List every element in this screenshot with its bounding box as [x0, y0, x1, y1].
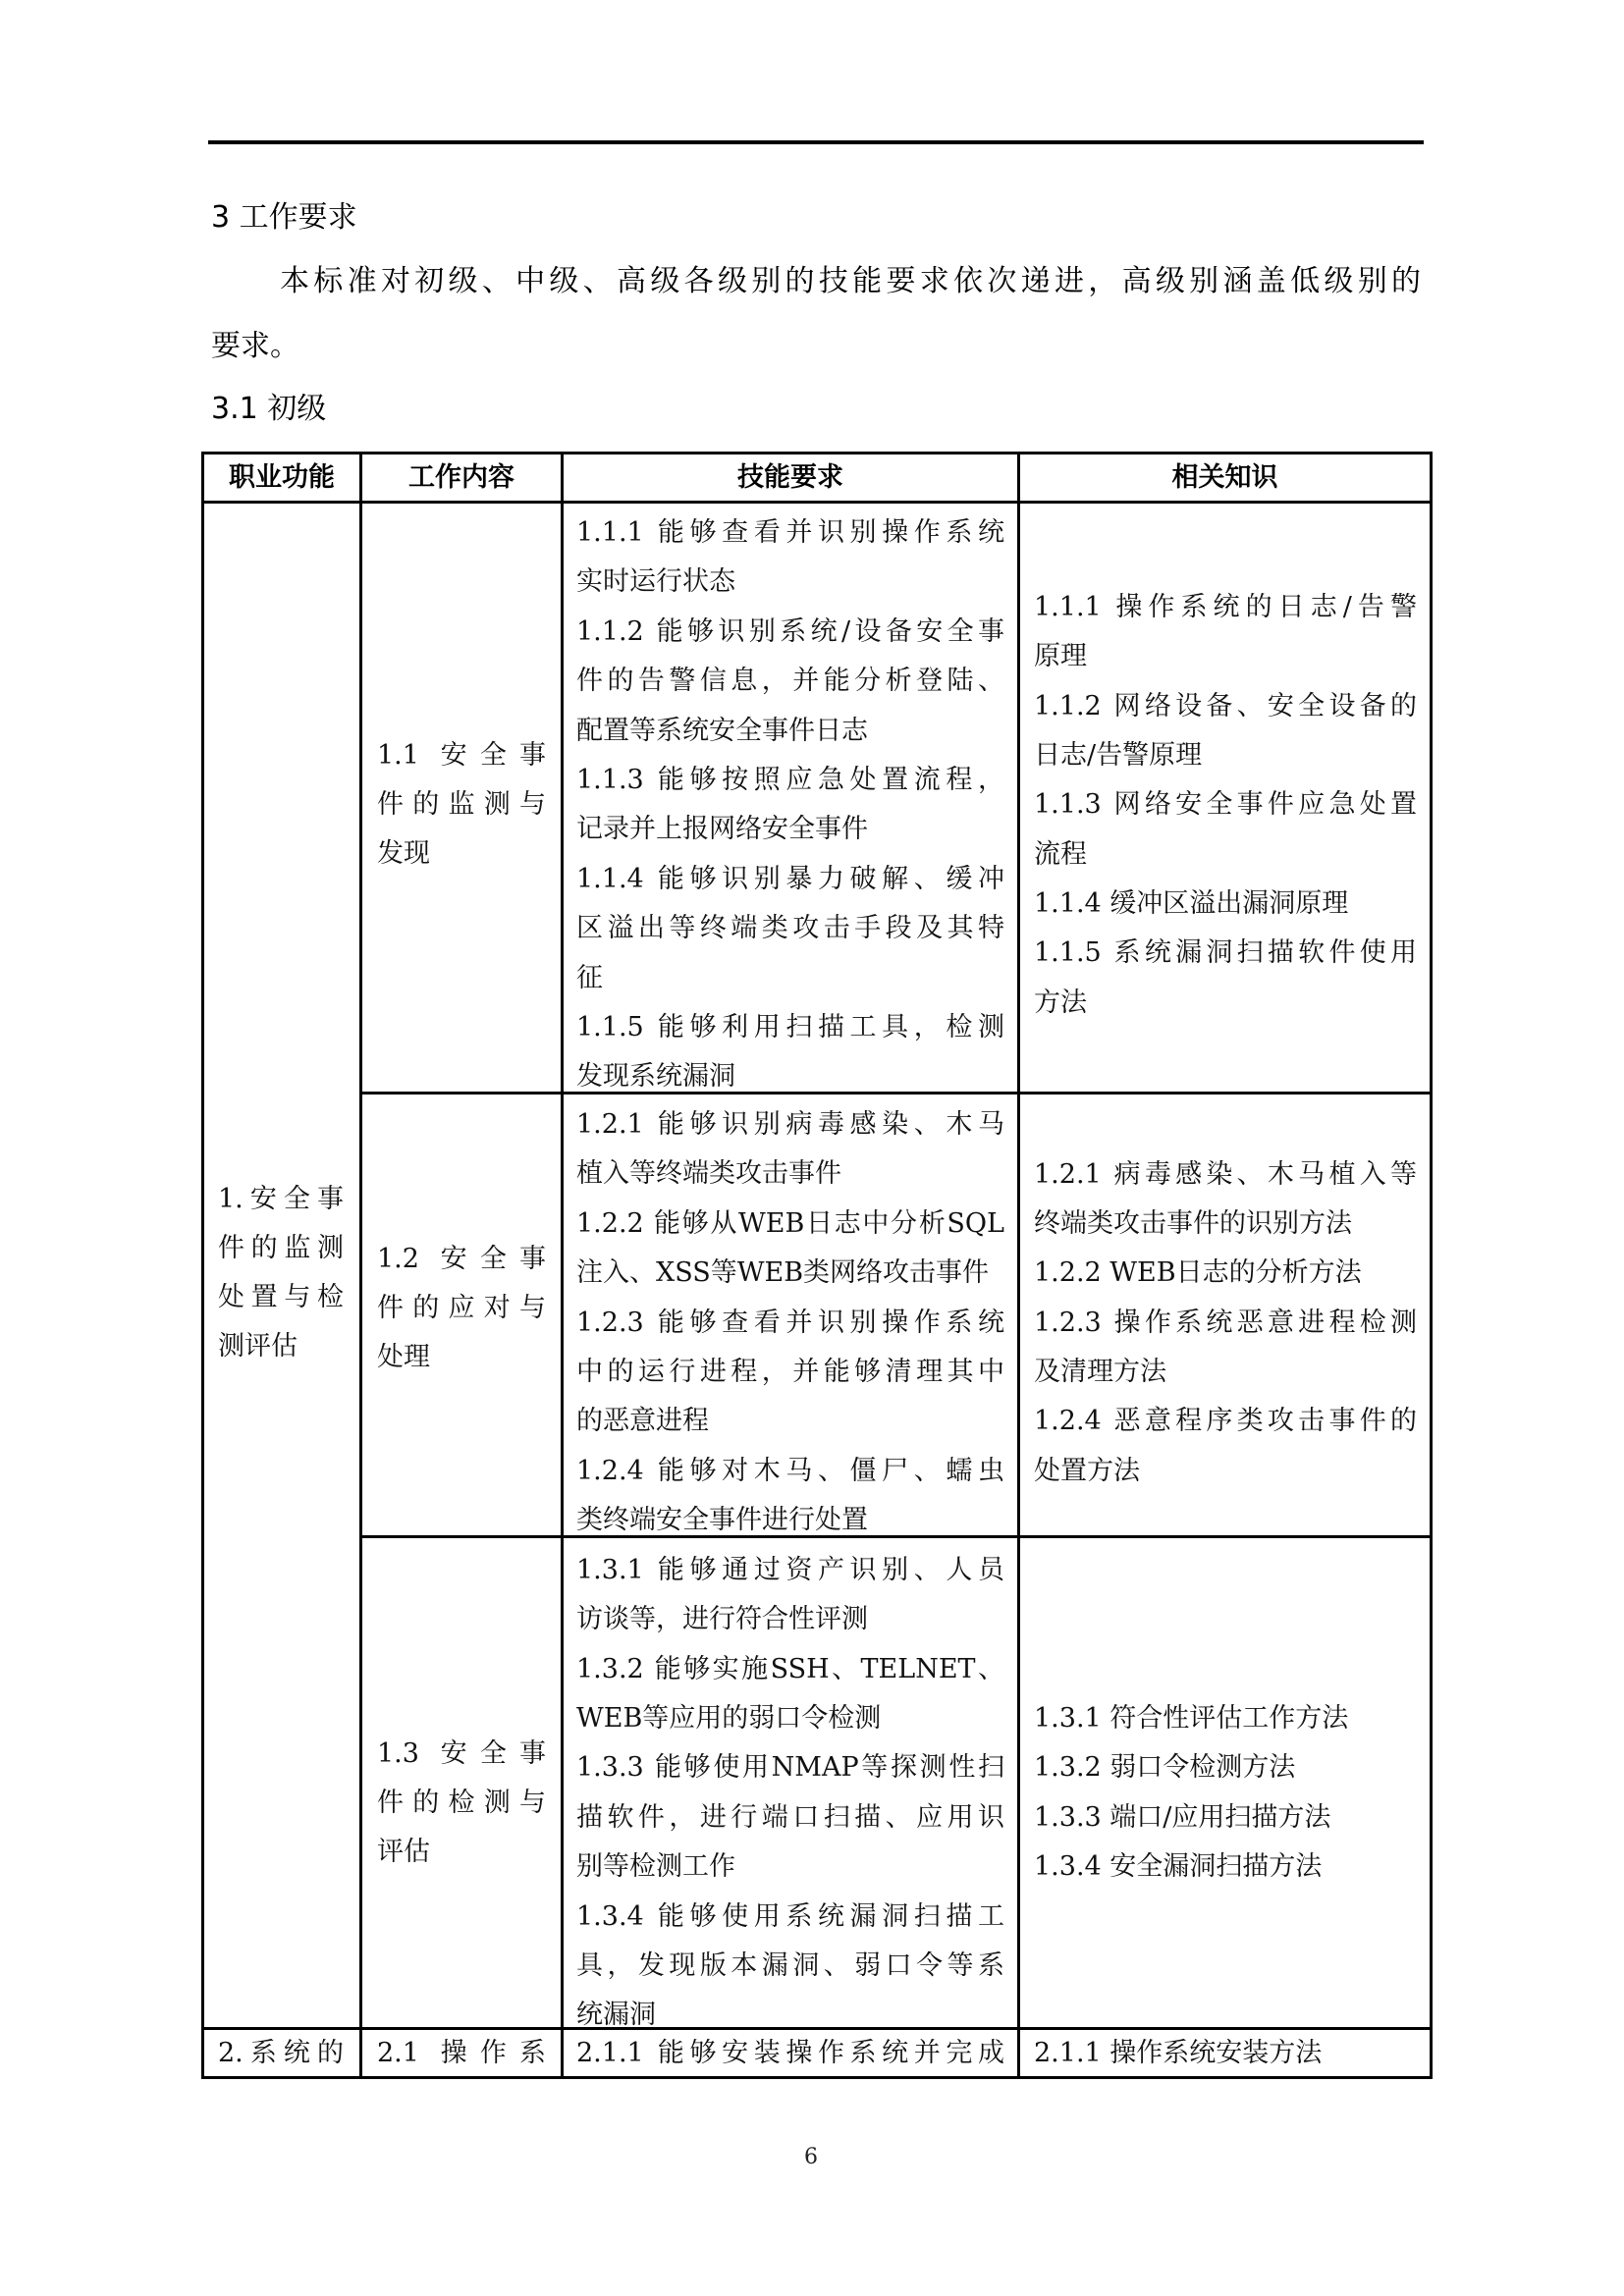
content-line: 件的应对与 [377, 1284, 546, 1333]
skill-line: 配置等系统安全事件日志 [576, 707, 868, 756]
knowledge-line: 方法 [1034, 979, 1087, 1028]
skill-line: 实时运行状态 [576, 558, 735, 607]
knowledge-line: 1.3.2 弱口令检测方法 [1034, 1743, 1295, 1792]
column-divider [561, 452, 564, 2079]
function-line: 2.系统的 [218, 2029, 344, 2078]
column-divider [1017, 452, 1020, 2079]
page-number: 6 [795, 2143, 827, 2172]
column-header-skills: 技能要求 [564, 454, 1017, 502]
skills-table: 职业功能 工作内容 技能要求 相关知识 1.安全事 件的监测 处置与检 测评估 … [0, 0, 1624, 2296]
knowledge-line: 流程 [1034, 830, 1087, 880]
skill-line: 征 [576, 954, 603, 1003]
content-line: 1.3 安全事 [377, 1730, 546, 1779]
content-line: 1.1 安全事 [377, 731, 546, 780]
skill-line: 1.1.4 能够识别暴力破解、缓冲 [576, 855, 1004, 904]
knowledge-line: 及清理方法 [1034, 1348, 1166, 1397]
skill-line: 1.1.2 能够识别系统/设备安全事 [576, 608, 1004, 657]
skill-line: 植入等终端类攻击事件 [576, 1149, 841, 1199]
skill-line: 1.2.2 能够从WEB日志中分析SQL [576, 1200, 1004, 1249]
skill-line: 1.3.2 能够实施SSH、TELNET、 [576, 1645, 1004, 1694]
skill-line: 1.1.5 能够利用扫描工具，检测 [576, 1003, 1004, 1052]
skill-line: 记录并上报网络安全事件 [576, 805, 868, 854]
knowledge-line: 1.3.3 端口/应用扫描方法 [1034, 1793, 1330, 1842]
skill-line: 的恶意进程 [576, 1397, 709, 1446]
knowledge-line: 1.1.5 系统漏洞扫描软件使用 [1034, 929, 1417, 978]
content-line: 2.1 操作系 [377, 2029, 546, 2078]
skill-line: 1.3.1 能够通过资产识别、人员 [576, 1546, 1004, 1595]
knowledge-line: 1.2.4 恶意程序类攻击事件的 [1034, 1397, 1417, 1446]
row-divider [360, 1092, 1433, 1095]
knowledge-line: 处置方法 [1034, 1447, 1140, 1496]
skill-line: 1.3.3 能够使用NMAP等探测性扫 [576, 1743, 1004, 1792]
function-line: 1.安全事 [218, 1175, 344, 1224]
knowledge-line: 1.1.2 网络设备、安全设备的 [1034, 682, 1417, 731]
skill-line: 发现系统漏洞 [576, 1052, 735, 1101]
knowledge-line: 1.1.3 网络安全事件应急处置 [1034, 780, 1417, 829]
function-line: 测评估 [218, 1322, 298, 1371]
skill-line: WEB等应用的弱口令检测 [576, 1694, 881, 1743]
column-header-content: 工作内容 [362, 454, 561, 502]
skill-line: 中的运行进程，并能够清理其中 [576, 1348, 1004, 1397]
document-page: 3 工作要求 本标准对初级、中级、高级各级别的技能要求依次递进，高级别涵盖低级别… [0, 0, 1624, 2296]
skill-line: 访谈等，进行符合性评测 [576, 1595, 868, 1644]
knowledge-line: 1.2.3 操作系统恶意进程检测 [1034, 1299, 1417, 1348]
content-line: 件的检测与 [377, 1779, 546, 1828]
table-border-right [1430, 452, 1433, 2079]
knowledge-line: 1.3.4 安全漏洞扫描方法 [1034, 1842, 1322, 1892]
skill-line: 1.3.4 能够使用系统漏洞扫描工 [576, 1893, 1004, 1942]
knowledge-line: 1.2.2 WEB日志的分析方法 [1034, 1249, 1362, 1298]
skill-line: 1.1.1 能够查看并识别操作系统 [576, 508, 1004, 558]
content-line: 1.2 安全事 [377, 1235, 546, 1284]
knowledge-line: 1.1.1 操作系统的日志/告警 [1034, 583, 1417, 632]
row-divider [360, 1535, 1433, 1538]
skill-line: 1.1.3 能够按照应急处置流程， [576, 756, 1004, 805]
column-header-knowledge: 相关知识 [1020, 454, 1430, 502]
content-line: 评估 [377, 1828, 430, 1877]
knowledge-line: 终端类攻击事件的识别方法 [1034, 1200, 1352, 1249]
skill-line: 1.2.3 能够查看并识别操作系统 [576, 1299, 1004, 1348]
function-line: 件的监测 [218, 1224, 344, 1273]
knowledge-line: 1.3.1 符合性评估工作方法 [1034, 1694, 1348, 1743]
content-line: 件的监测与 [377, 780, 546, 829]
column-header-function: 职业功能 [204, 454, 359, 502]
skill-line: 注入、XSS等WEB类网络攻击事件 [576, 1249, 989, 1298]
function-line: 处置与检 [218, 1273, 344, 1322]
skill-line: 件的告警信息，并能分析登陆、 [576, 657, 1004, 706]
skill-line: 别等检测工作 [576, 1842, 735, 1892]
table-border-left [201, 452, 204, 2079]
skill-line: 1.2.4 能够对木马、僵尸、蠕虫 [576, 1447, 1004, 1496]
content-line: 处理 [377, 1333, 430, 1382]
skill-line: 区溢出等终端类攻击手段及其特 [576, 904, 1004, 953]
skill-line: 具，发现版本漏洞、弱口令等系 [576, 1942, 1004, 1991]
knowledge-line: 1.1.4 缓冲区溢出漏洞原理 [1034, 880, 1348, 929]
knowledge-line: 2.1.1 操作系统安装方法 [1034, 2029, 1322, 2078]
knowledge-line: 1.2.1 病毒感染、木马植入等 [1034, 1150, 1417, 1200]
skill-line: 2.1.1 能够安装操作系统并完成 [576, 2029, 1004, 2078]
knowledge-line: 日志/告警原理 [1034, 731, 1202, 780]
skill-line: 类终端安全事件进行处置 [576, 1496, 868, 1545]
knowledge-line: 原理 [1034, 632, 1087, 681]
skill-line: 描软件，进行端口扫描、应用识 [576, 1793, 1004, 1842]
column-divider [359, 452, 362, 2079]
skill-line: 1.2.1 能够识别病毒感染、木马 [576, 1100, 1004, 1149]
content-line: 发现 [377, 829, 430, 879]
